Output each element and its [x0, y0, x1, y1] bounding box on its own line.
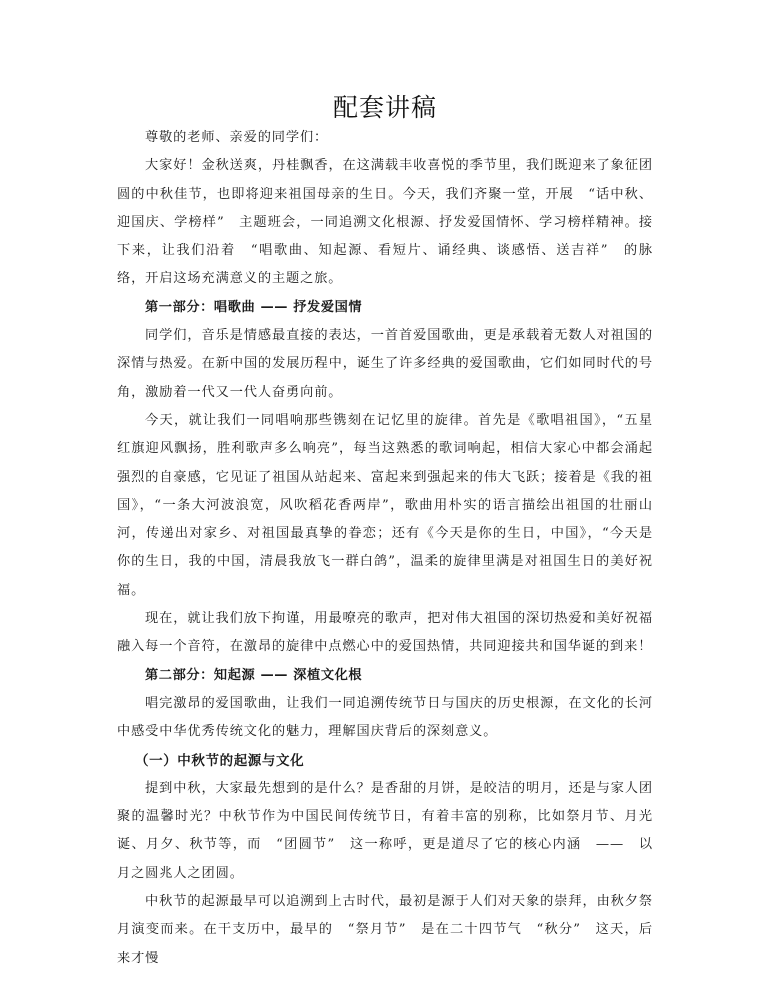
section-heading-1: 第一部分：唱歌曲 —— 抒发爱国情 [117, 294, 653, 322]
document-body: 尊敬的老师、亲爱的同学们： 大家好！金秋送爽，丹桂飘香，在这满载丰收喜悦的季节里… [117, 124, 653, 973]
document-title: 配套讲稿 [117, 88, 653, 124]
subsection-heading: （一）中秋节的起源与文化 [117, 747, 653, 775]
paragraph: 唱完激昂的爱国歌曲，让我们一同追溯传统节日与国庆的历史根源，在文化的长河中感受中… [117, 690, 653, 747]
paragraph: 中秋节的起源最早可以追溯到上古时代，最初是源于人们对天象的崇拜，由秋夕祭月演变而… [117, 888, 653, 973]
paragraph: 提到中秋，大家最先想到的是什么？是香甜的月饼，是皎洁的明月，还是与家人团聚的温馨… [117, 775, 653, 888]
paragraph: 今天，就让我们一同唱响那些镌刻在记忆里的旋律。首先是《歌唱祖国》，“五星红旗迎风… [117, 407, 653, 605]
section-heading-2: 第二部分：知起源 —— 深植文化根 [117, 662, 653, 690]
paragraph: 同学们，音乐是情感最直接的表达，一首首爱国歌曲，更是承载着无数人对祖国的深情与热… [117, 322, 653, 407]
paragraph: 现在，就让我们放下拘谨，用最嘹亮的歌声，把对伟大祖国的深切热爱和美好祝福融入每一… [117, 605, 653, 662]
intro-paragraph: 大家好！金秋送爽，丹桂飘香，在这满载丰收喜悦的季节里，我们既迎来了象征团圆的中秋… [117, 152, 653, 293]
greeting: 尊敬的老师、亲爱的同学们： [117, 124, 653, 152]
